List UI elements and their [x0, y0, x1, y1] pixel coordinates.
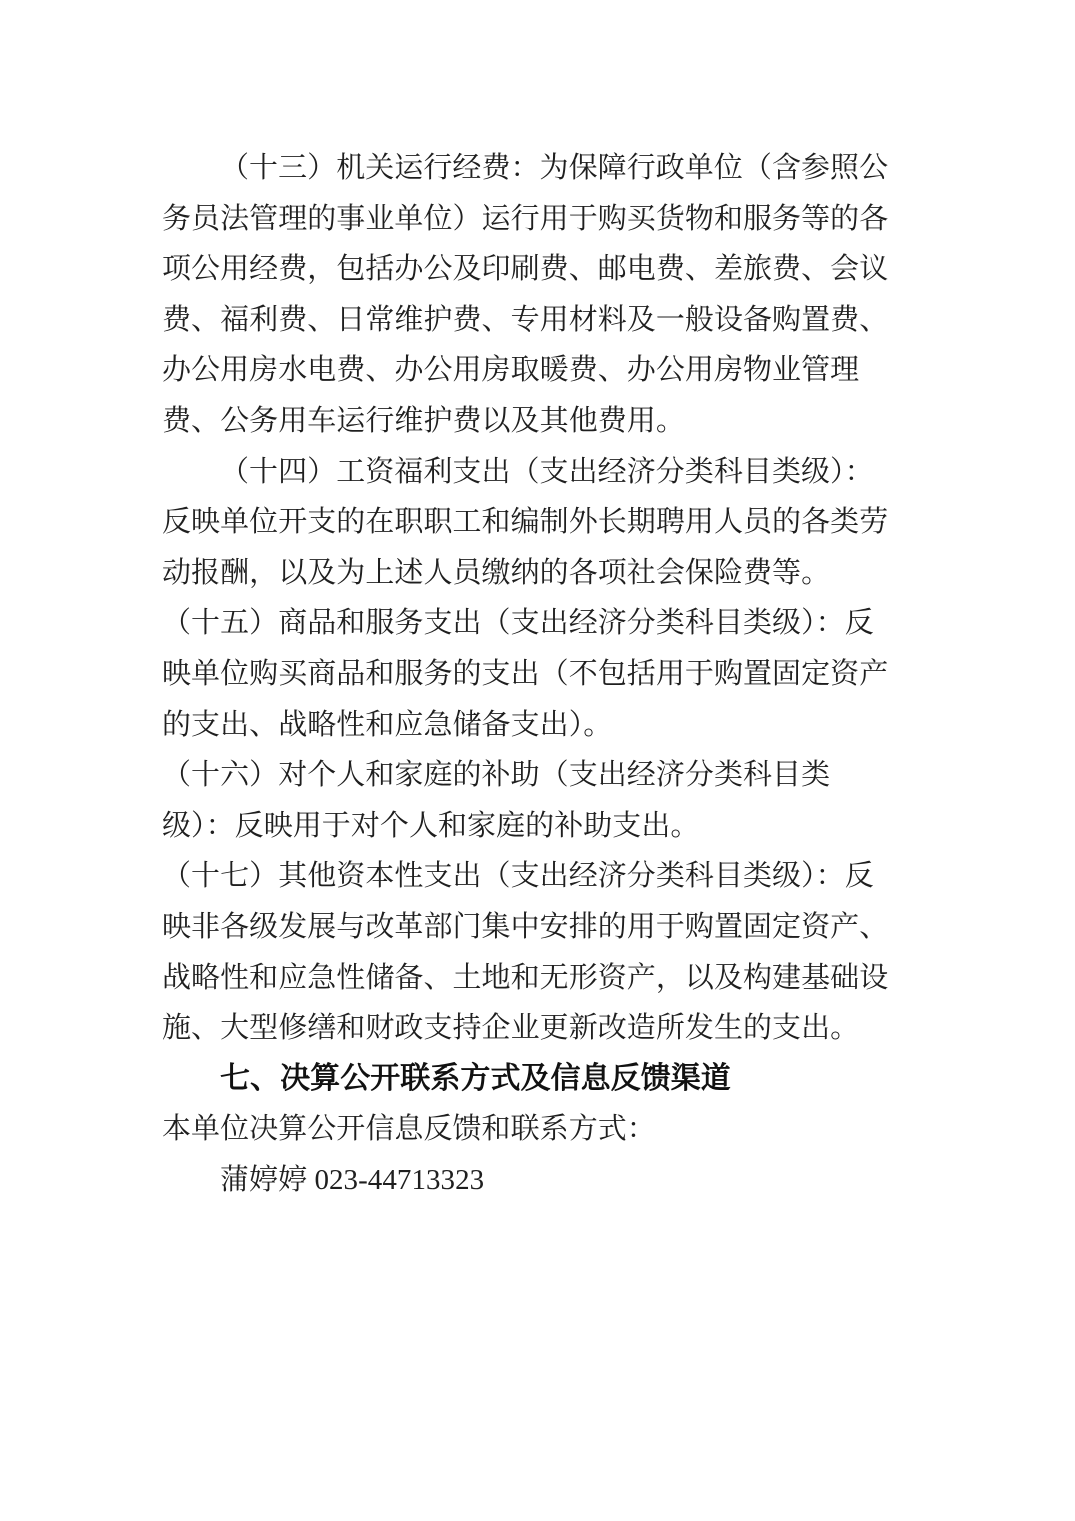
text-line: 的支出、战略性和应急储备支出）。: [162, 700, 894, 751]
text-line: 蒲婷婷 023-44713323: [162, 1155, 894, 1206]
text-line: （十四）工资福利支出（支出经济分类科目类级）：: [162, 447, 894, 498]
text-line: （十六）对个人和家庭的补助（支出经济分类科目类: [162, 750, 894, 801]
document-body: （十三）机关运行经费：为保障行政单位（含参照公务员法管理的事业单位）运行用于购买…: [162, 143, 894, 1205]
text-line: 务员法管理的事业单位）运行用于购买货物和服务等的各: [162, 194, 894, 245]
text-line: 战略性和应急性储备、土地和无形资产，以及构建基础设: [162, 953, 894, 1004]
text-line: 费、福利费、日常维护费、专用材料及一般设备购置费、: [162, 295, 894, 346]
text-line: 动报酬，以及为上述人员缴纳的各项社会保险费等。: [162, 548, 894, 599]
text-line: 本单位决算公开信息反馈和联系方式：: [162, 1104, 894, 1155]
text-line: 映非各级发展与改革部门集中安排的用于购置固定资产、: [162, 902, 894, 953]
text-line: 反映单位开支的在职职工和编制外长期聘用人员的各类劳: [162, 497, 894, 548]
text-line: 项公用经费，包括办公及印刷费、邮电费、差旅费、会议: [162, 244, 894, 295]
section-heading: 七、决算公开联系方式及信息反馈渠道: [162, 1054, 894, 1105]
text-line: （十三）机关运行经费：为保障行政单位（含参照公: [162, 143, 894, 194]
document-page: （十三）机关运行经费：为保障行政单位（含参照公务员法管理的事业单位）运行用于购买…: [0, 0, 1075, 1521]
text-line: 办公用房水电费、办公用房取暖费、办公用房物业管理: [162, 345, 894, 396]
text-line: 施、大型修缮和财政支持企业更新改造所发生的支出。: [162, 1003, 894, 1054]
text-line: （十七）其他资本性支出（支出经济分类科目类级）：反: [162, 851, 894, 902]
text-line: 映单位购买商品和服务的支出（不包括用于购置固定资产: [162, 649, 894, 700]
text-line: （十五）商品和服务支出（支出经济分类科目类级）：反: [162, 598, 894, 649]
text-line: 级）：反映用于对个人和家庭的补助支出。: [162, 801, 894, 852]
text-line: 费、公务用车运行维护费以及其他费用。: [162, 396, 894, 447]
